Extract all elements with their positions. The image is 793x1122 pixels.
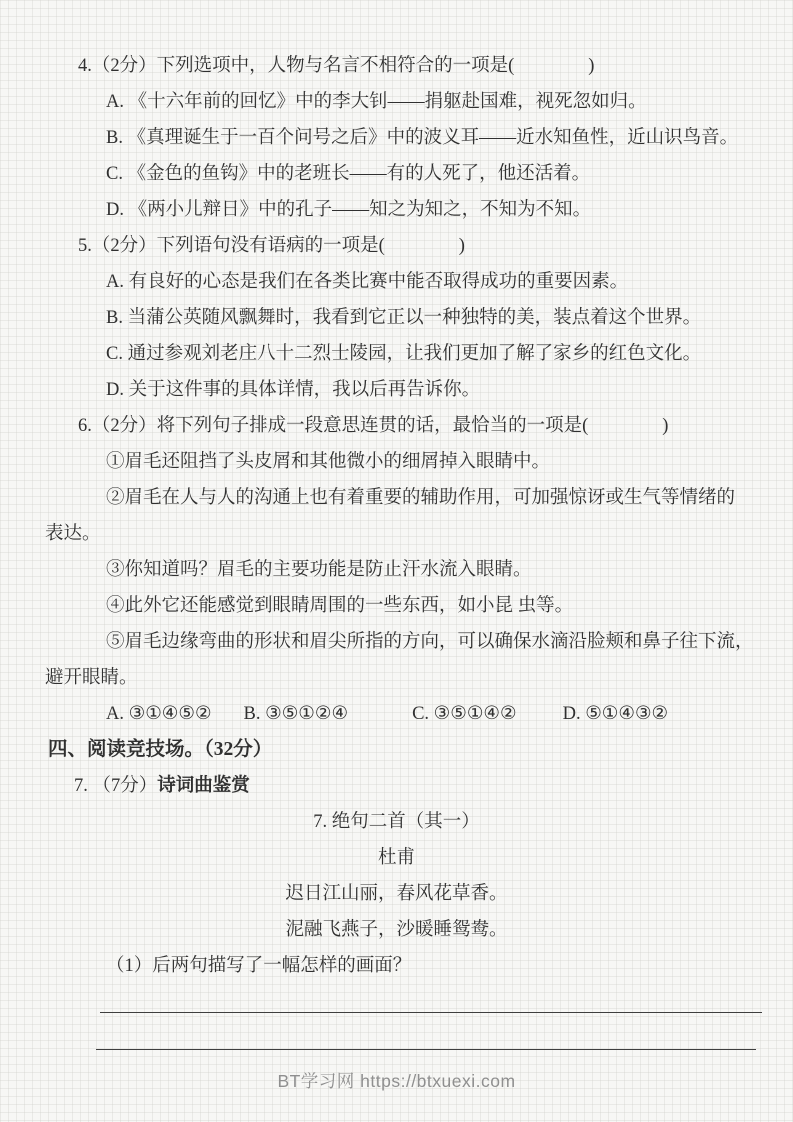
- poem-verse-2: 泥融飞燕子，沙暖睡鸳鸯。: [0, 912, 793, 948]
- question-5-stem: 5.（2分）下列语句没有语病的一项是( ): [0, 228, 793, 264]
- question-7-number: 7. （7分）: [74, 776, 157, 796]
- question-6-choice-b: B. ③⑤①②④: [244, 696, 349, 732]
- question-4-option-d: D. 《两小儿辩日》中的孔子——知之为知之，不知为不知。: [0, 192, 793, 228]
- answer-blank-line-2: [96, 1049, 756, 1050]
- question-5-option-a: A. 有良好的心态是我们在各类比赛中能否取得成功的重要因素。: [0, 264, 793, 300]
- question-5-option-c: C. 通过参观刘老庄八十二烈士陵园，让我们更加了解了家乡的红色文化。: [0, 336, 793, 372]
- question-4-option-c: C. 《金色的鱼钩》中的老班长——有的人死了，他还活着。: [0, 156, 793, 192]
- question-7-title: 诗词曲鉴赏: [157, 776, 250, 796]
- question-7-sub-question-1: （1）后两句描写了一幅怎样的画面？: [0, 948, 793, 984]
- poem-title: 7. 绝句二首（其一）: [0, 804, 793, 840]
- question-6-sentence-2-cont: 表达。: [0, 516, 793, 552]
- question-6-sentence-5: ⑤眉毛边缘弯曲的形状和眉尖所指的方向，可以确保水滴沿脸颊和鼻子往下流，: [0, 624, 793, 660]
- question-4-stem: 4.（2分）下列选项中，人物与名言不相符合的一项是( ): [0, 48, 793, 84]
- question-6-sentence-4: ④此外它还能感觉到眼睛周围的一些东西，如小昆 虫等。: [0, 588, 793, 624]
- answer-blank-line-1: [100, 1012, 762, 1013]
- exam-paper-page: 4.（2分）下列选项中，人物与名言不相符合的一项是( ) A. 《十六年前的回忆…: [0, 0, 793, 1122]
- question-6-sentence-5-cont: 避开眼睛。: [0, 660, 793, 696]
- question-6-choices-row: A. ③①④⑤②B. ③⑤①②④C. ③⑤①④②D. ⑤①④③②: [0, 696, 793, 732]
- question-6-choice-c: C. ③⑤①④②: [412, 696, 517, 732]
- section-4-heading: 四、阅读竞技场。（32分）: [0, 732, 793, 768]
- question-5-option-b: B. 当蒲公英随风飘舞时，我看到它正以一种独特的美，装点着这个世界。: [0, 300, 793, 336]
- question-6-sentence-2: ②眉毛在人与人的沟通上也有着重要的辅助作用，可加强惊讶或生气等情绪的: [0, 480, 793, 516]
- question-5-option-d: D. 关于这件事的具体详情，我以后再告诉你。: [0, 372, 793, 408]
- question-6-stem: 6.（2分）将下列句子排成一段意思连贯的话，最恰当的一项是( ): [0, 408, 793, 444]
- question-6-sentence-1: ①眉毛还阻挡了头皮屑和其他微小的细屑掉入眼睛中。: [0, 444, 793, 480]
- poem-verse-1: 迟日江山丽，春风花草香。: [0, 876, 793, 912]
- question-4-option-b: B. 《真理诞生于一百个问号之后》中的波义耳——近水知鱼性，近山识鸟音。: [0, 120, 793, 156]
- question-6-choice-a: A. ③①④⑤②: [106, 696, 212, 732]
- poem-author: 杜甫: [0, 840, 793, 876]
- question-6-choice-d: D. ⑤①④③②: [563, 696, 669, 732]
- document-body: 4.（2分）下列选项中，人物与名言不相符合的一项是( ) A. 《十六年前的回忆…: [0, 0, 793, 984]
- question-4-option-a: A. 《十六年前的回忆》中的李大钊——捐躯赴国难，视死忽如归。: [0, 84, 793, 120]
- question-6-sentence-3: ③你知道吗？眉毛的主要功能是防止汗水流入眼睛。: [0, 552, 793, 588]
- watermark: BT学习网 https://btxuexi.com: [0, 1068, 793, 1093]
- question-7-heading: 7. （7分）诗词曲鉴赏: [0, 768, 793, 804]
